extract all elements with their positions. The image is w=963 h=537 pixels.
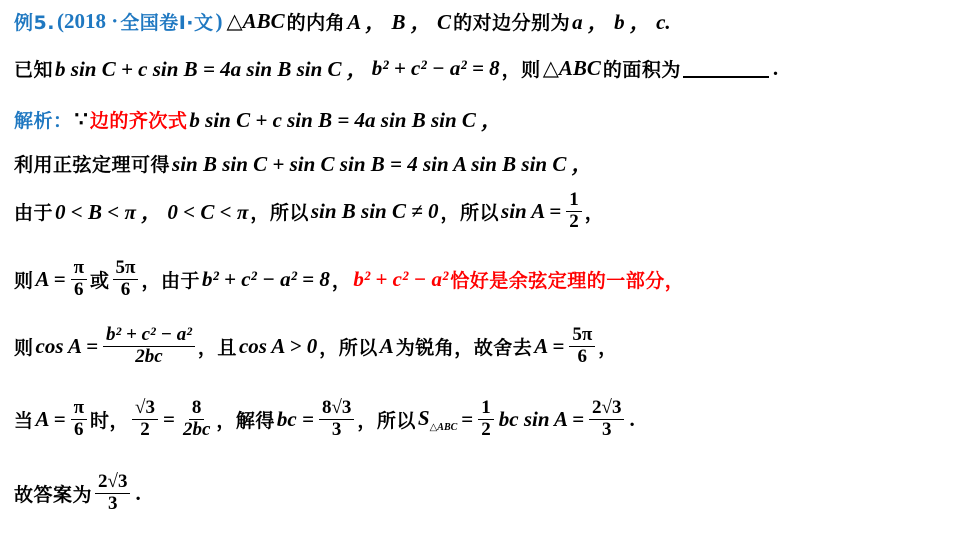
- numerator: 5π: [113, 258, 139, 280]
- fraction: 5π6: [113, 258, 139, 301]
- text: 已知: [14, 55, 53, 82]
- solution-line-3: 由于 0 < B < π ， 0 < C < π ，所以 sin B sin C…: [14, 190, 604, 233]
- numerator: 8: [189, 398, 205, 420]
- math: bc sin A =: [497, 407, 586, 432]
- solution-line-1: 解析： ∵ 边的齐次式 b sin C + c sin B = 4a sin B…: [14, 104, 504, 134]
- fraction: 12: [478, 398, 494, 441]
- math: cos A > 0: [237, 334, 319, 359]
- text: ，: [585, 198, 605, 225]
- fraction: 2√33: [589, 398, 624, 441]
- math: A: [378, 334, 396, 359]
- text: 当: [14, 406, 34, 433]
- math: sin A =: [499, 199, 563, 224]
- math: b² + c² − a² = 8: [370, 56, 502, 81]
- math: sin B sin C + sin C sin B = 4 sin A sin …: [170, 148, 595, 178]
- math: =: [459, 407, 475, 432]
- denominator: 3: [329, 420, 345, 441]
- solution-line-4: 则 A = π6 或 5π6 ，由于 b² + c² − a² = 8 ， b²…: [14, 258, 684, 301]
- math: A =: [532, 334, 566, 359]
- math: cos A =: [34, 334, 101, 359]
- denominator: 3: [105, 494, 121, 515]
- text: 的内角: [287, 8, 346, 35]
- text: .: [627, 407, 636, 432]
- example-label: 例5.: [14, 8, 55, 35]
- answer-fraction: 2√33: [95, 472, 130, 515]
- text: ，: [332, 266, 352, 293]
- math: S: [418, 406, 430, 430]
- text: .: [771, 56, 780, 81]
- text: ，解得: [216, 406, 275, 433]
- fraction: π6: [71, 258, 87, 301]
- denominator: 6: [71, 420, 87, 441]
- problem-line-1: 例5. (2018 · 全国卷I·文 ) △ABC 的内角 A ， B ， C …: [14, 6, 673, 36]
- denominator: 6: [575, 347, 591, 368]
- text: ，所以: [319, 333, 378, 360]
- highlight-text: 恰好是余弦定理的一部分，: [450, 266, 684, 293]
- numerator: 2√3: [95, 472, 130, 494]
- math: 0 < B < π ， 0 < C < π: [53, 196, 250, 226]
- text: ，由于: [141, 266, 200, 293]
- text: ，则: [502, 55, 541, 82]
- math: A =: [34, 407, 68, 432]
- answer-blank: [683, 58, 769, 78]
- text: 或: [90, 266, 110, 293]
- denominator: 2bc: [132, 347, 165, 368]
- problem-line-2: 已知 b sin C + c sin B = 4a sin B sin C ， …: [14, 53, 780, 83]
- numerator: 8√3: [319, 398, 354, 420]
- numerator: √3: [132, 398, 158, 420]
- denominator: 2bc: [180, 420, 213, 441]
- fraction: 5π6: [569, 325, 595, 368]
- math: A =: [34, 267, 68, 292]
- text: ，所以: [441, 198, 500, 225]
- denominator: 2: [566, 212, 582, 233]
- triangle-abc: △ABC: [225, 8, 287, 34]
- solution-line-2: 利用正弦定理可得 sin B sin C + sin C sin B = 4 s…: [14, 148, 595, 178]
- numerator: 1: [478, 398, 494, 420]
- numerator: 2√3: [589, 398, 624, 420]
- math: b² + c² − a² = 8: [200, 267, 332, 292]
- numerator: 5π: [569, 325, 595, 347]
- source-open: (2018 ·: [55, 9, 120, 34]
- solution-line-5: 则 cos A = b² + c² − a²2bc ，且 cos A > 0 ，…: [14, 325, 618, 368]
- source-label: 全国卷I·文: [120, 8, 213, 35]
- source-close: ): [214, 9, 225, 34]
- text: 由于: [14, 198, 53, 225]
- text: 为锐角，故舍去: [396, 333, 533, 360]
- text: ，且: [198, 333, 237, 360]
- text: ，所以: [357, 406, 416, 433]
- math: △ABC: [541, 55, 603, 81]
- fraction: 8√33: [319, 398, 354, 441]
- solution-line-6: 当 A = π6 时， √32 = 82bc ，解得 bc = 8√33 ，所以…: [14, 398, 637, 441]
- area-symbol: S△ABC: [416, 406, 459, 433]
- fraction: b² + c² − a²2bc: [103, 325, 195, 368]
- fraction: 82bc: [180, 398, 213, 441]
- math: A ， B ， C: [345, 6, 453, 36]
- solution-line-7: 故答案为 2√33 .: [14, 472, 143, 515]
- highlight-text: 边的齐次式: [90, 106, 188, 133]
- text: 则: [14, 266, 34, 293]
- math: b sin C + c sin B = 4a sin B sin C ，: [187, 104, 504, 134]
- text: ，: [598, 333, 618, 360]
- fraction: π6: [71, 398, 87, 441]
- analysis-label: 解析：: [14, 106, 73, 133]
- denominator: 3: [599, 420, 615, 441]
- denominator: 6: [71, 280, 87, 301]
- math: a ， b ， c.: [570, 6, 673, 36]
- numerator: b² + c² − a²: [103, 325, 195, 347]
- denominator: 2: [137, 420, 153, 441]
- text: 时，: [90, 406, 129, 433]
- text: 的对边分别为: [453, 8, 570, 35]
- text: .: [133, 481, 142, 506]
- highlight-math: b² + c² − a²: [351, 267, 450, 292]
- fraction: √32: [132, 398, 158, 441]
- fraction: 12: [566, 190, 582, 233]
- subscript: △ABC: [430, 422, 458, 433]
- math: sin B sin C ≠ 0: [309, 199, 441, 224]
- text: 故答案为: [14, 480, 92, 507]
- numerator: π: [71, 258, 87, 280]
- numerator: π: [71, 398, 87, 420]
- numerator: 1: [566, 190, 582, 212]
- text: 利用正弦定理可得: [14, 150, 170, 177]
- math: bc =: [275, 407, 316, 432]
- because-icon: ∵: [73, 107, 90, 132]
- text: ，所以: [250, 198, 309, 225]
- denominator: 2: [478, 420, 494, 441]
- math: b sin C + c sin B = 4a sin B sin C ，: [53, 53, 370, 83]
- text: 则: [14, 333, 34, 360]
- math: =: [161, 407, 177, 432]
- text: 的面积为: [603, 55, 681, 82]
- denominator: 6: [118, 280, 134, 301]
